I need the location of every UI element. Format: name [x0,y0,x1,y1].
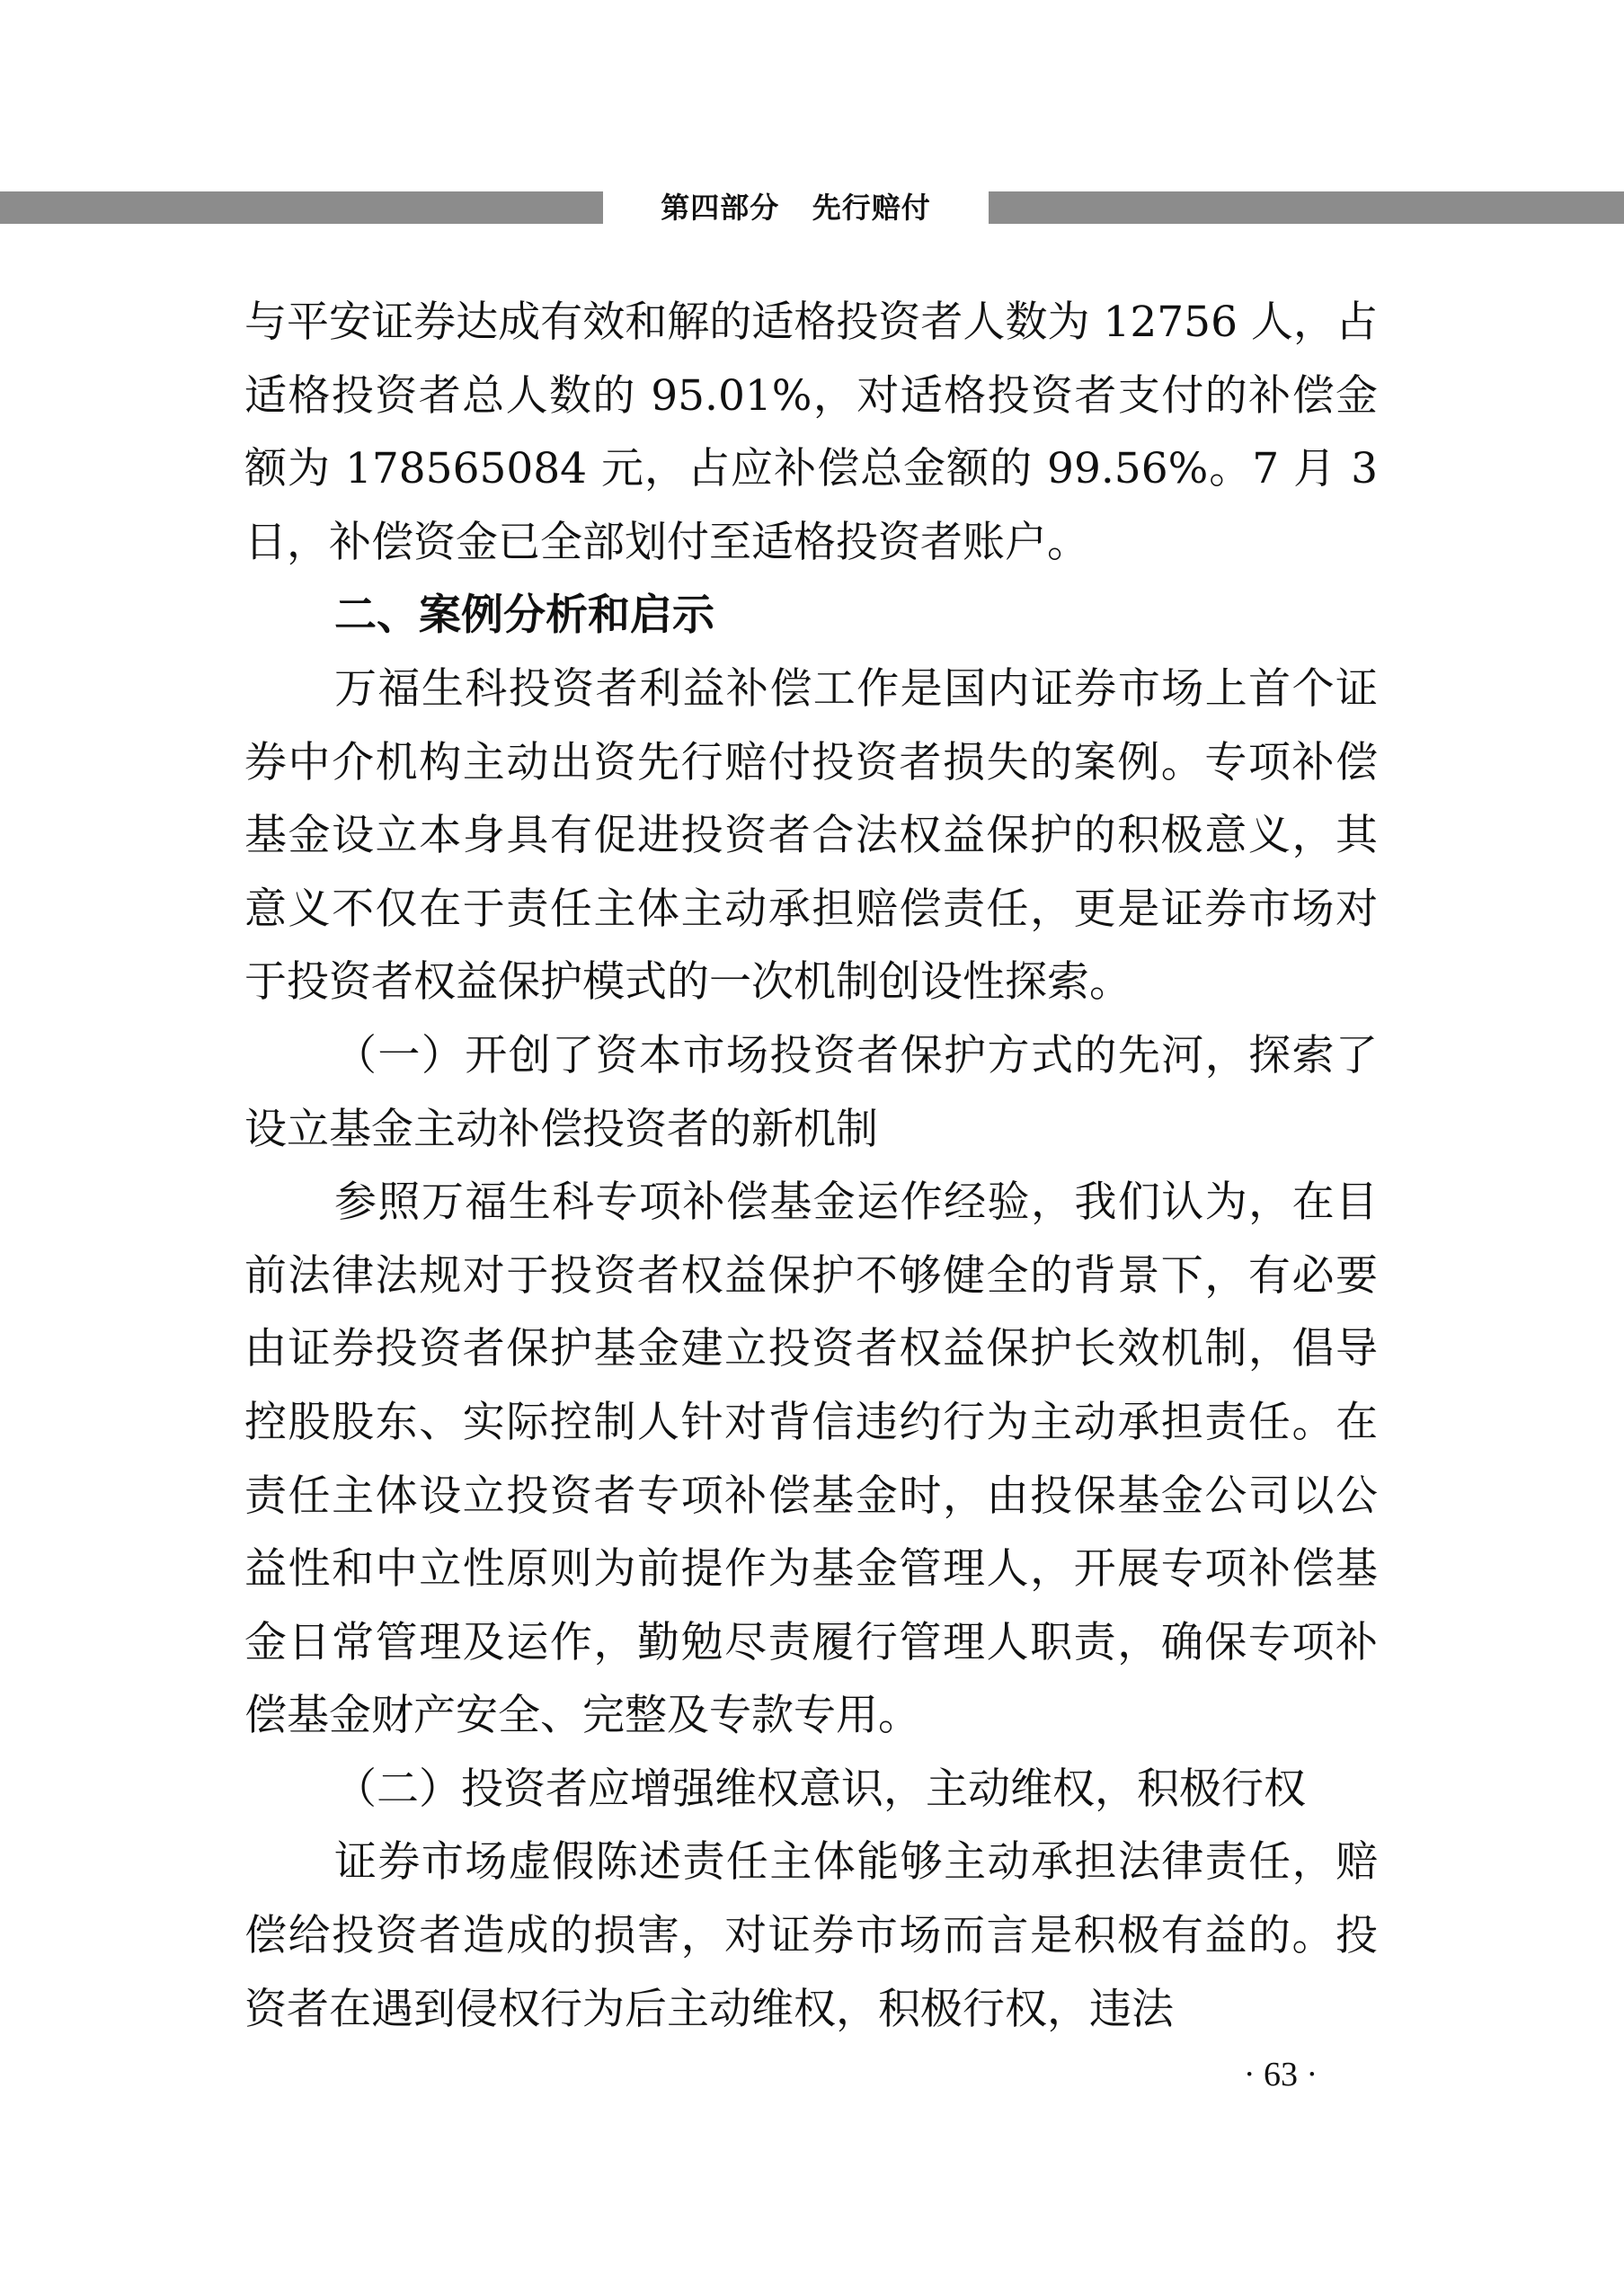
paragraph: 万福生科投资者利益补偿工作是国内证券市场上首个证券中介机构主动出资先行赔付投资者… [244,653,1378,1019]
running-title: 第四部分 先行赔付 [603,188,989,227]
header-bar-right [989,191,1624,224]
section-heading: 二、案例分析和启示 [244,579,1378,653]
page-number: · 63 · [1231,2055,1330,2094]
header-bar-left [0,191,603,224]
subheading: （一）开创了资本市场投资者保护方式的先河，探索了设立基金主动补偿投资者的新机制 [244,1019,1378,1166]
page-body: 与平安证券达成有效和解的适格投资者人数为 12756 人，占适格投资者总人数的 … [244,286,1378,2046]
paragraph: 参照万福生科专项补偿基金运作经验，我们认为，在目前法律法规对于投资者权益保护不够… [244,1166,1378,1753]
paragraph-continuation: 与平安证券达成有效和解的适格投资者人数为 12756 人，占适格投资者总人数的 … [244,286,1378,579]
subheading: （二）投资者应增强维权意识，主动维权，积极行权 [244,1753,1378,1826]
paragraph: 证券市场虚假陈述责任主体能够主动承担法律责任，赔偿给投资者造成的损害，对证券市场… [244,1826,1378,2046]
running-header: 第四部分 先行赔付 [0,191,1624,224]
